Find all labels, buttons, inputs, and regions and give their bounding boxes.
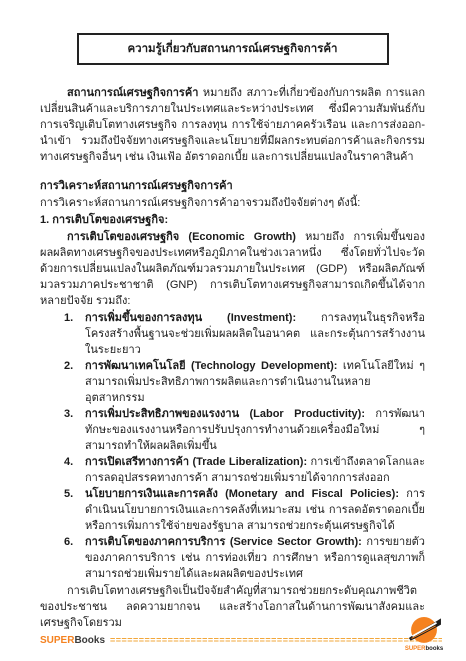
footer-divider-line: ========================================… <box>110 634 442 646</box>
list-item-number: 5. <box>64 486 85 534</box>
section-lead: การวิเคราะห์สถานการณ์เศรษฐกิจการค้าอาจรว… <box>40 195 425 212</box>
topic-1-heading: 1. การเติบโตของเศรษฐกิจ: <box>40 212 425 229</box>
list-item: 6. การเติบโตของภาคการบริการ (Service Sec… <box>64 534 425 582</box>
page-content: ความรู้เกี่ยวกับสถานการณ์เศรษฐกิจการค้า … <box>0 33 466 631</box>
footer-brand: SUPERBooks <box>40 635 105 646</box>
growth-paragraph: การเติบโตของเศรษฐกิจ (Economic Growth) ห… <box>40 229 425 309</box>
list-item-term: การเพิ่มขึ้นของการลงทุน (Investment): <box>85 312 296 324</box>
list-item-body: การเปิดเสรีทางการค้า (Trade Liberalizati… <box>85 454 425 486</box>
page-footer: SUPERBooks =============================… <box>40 633 442 647</box>
list-item-body: นโยบายการเงินและการคลัง (Monetary and Fi… <box>85 486 425 534</box>
list-item-number: 6. <box>64 534 85 582</box>
logo-wordmark: SUPERbooks <box>400 646 448 653</box>
list-item: 2. การพัฒนาเทคโนโลยี (Technology Develop… <box>64 358 425 406</box>
list-item-term: การเพิ่มประสิทธิภาพของแรงงาน (Labor Prod… <box>85 408 365 420</box>
list-item-number: 2. <box>64 358 85 406</box>
list-item: 5. นโยบายการเงินและการคลัง (Monetary and… <box>64 486 425 534</box>
list-item: 1. การเพิ่มขึ้นของการลงทุน (Investment):… <box>64 310 425 358</box>
superbooks-logo-icon <box>406 613 442 646</box>
list-item-term: นโยบายการเงินและการคลัง (Monetary and Fi… <box>85 488 399 500</box>
list-item-body: การเพิ่มขึ้นของการลงทุน (Investment): กา… <box>85 310 425 358</box>
intro-paragraph: สถานการณ์เศรษฐกิจการค้า หมายถึง สภาวะที่… <box>40 85 425 165</box>
page-title-box: ความรู้เกี่ยวกับสถานการณ์เศรษฐกิจการค้า <box>77 33 389 65</box>
growth-factors-list: 1. การเพิ่มขึ้นของการลงทุน (Investment):… <box>64 310 425 582</box>
list-item: 4. การเปิดเสรีทางการค้า (Trade Liberaliz… <box>64 454 425 486</box>
growth-term: การเติบโตของเศรษฐกิจ (Economic Growth) <box>67 231 296 243</box>
footer-brand-books: Books <box>74 635 105 646</box>
page-title: ความรู้เกี่ยวกับสถานการณ์เศรษฐกิจการค้า <box>127 43 337 55</box>
list-item-body: การพัฒนาเทคโนโลยี (Technology Developmen… <box>85 358 425 406</box>
list-item-term: การเติบโตของภาคการบริการ (Service Sector… <box>85 536 362 548</box>
logo-wordmark-books: books <box>426 646 444 652</box>
list-item-number: 1. <box>64 310 85 358</box>
list-item-term: การเปิดเสรีทางการค้า (Trade Liberalizati… <box>85 456 307 468</box>
logo-wordmark-super: SUPER <box>405 646 426 652</box>
list-item-number: 4. <box>64 454 85 486</box>
publisher-logo: SUPERbooks <box>400 613 448 653</box>
intro-term: สถานการณ์เศรษฐกิจการค้า <box>67 87 198 99</box>
list-item-body: การเพิ่มประสิทธิภาพของแรงงาน (Labor Prod… <box>85 406 425 454</box>
list-item-number: 3. <box>64 406 85 454</box>
list-item-term: การพัฒนาเทคโนโลยี (Technology Developmen… <box>85 360 337 372</box>
list-item: 3. การเพิ่มประสิทธิภาพของแรงงาน (Labor P… <box>64 406 425 454</box>
document-page: ความรู้เกี่ยวกับสถานการณ์เศรษฐกิจการค้า … <box>0 0 466 661</box>
closing-paragraph: การเติบโตทางเศรษฐกิจเป็นปัจจัยสำคัญที่สา… <box>40 583 425 631</box>
list-item-body: การเติบโตของภาคการบริการ (Service Sector… <box>85 534 425 582</box>
section-heading: การวิเคราะห์สถานการณ์เศรษฐกิจการค้า <box>40 178 425 195</box>
footer-brand-super: SUPER <box>40 635 74 646</box>
